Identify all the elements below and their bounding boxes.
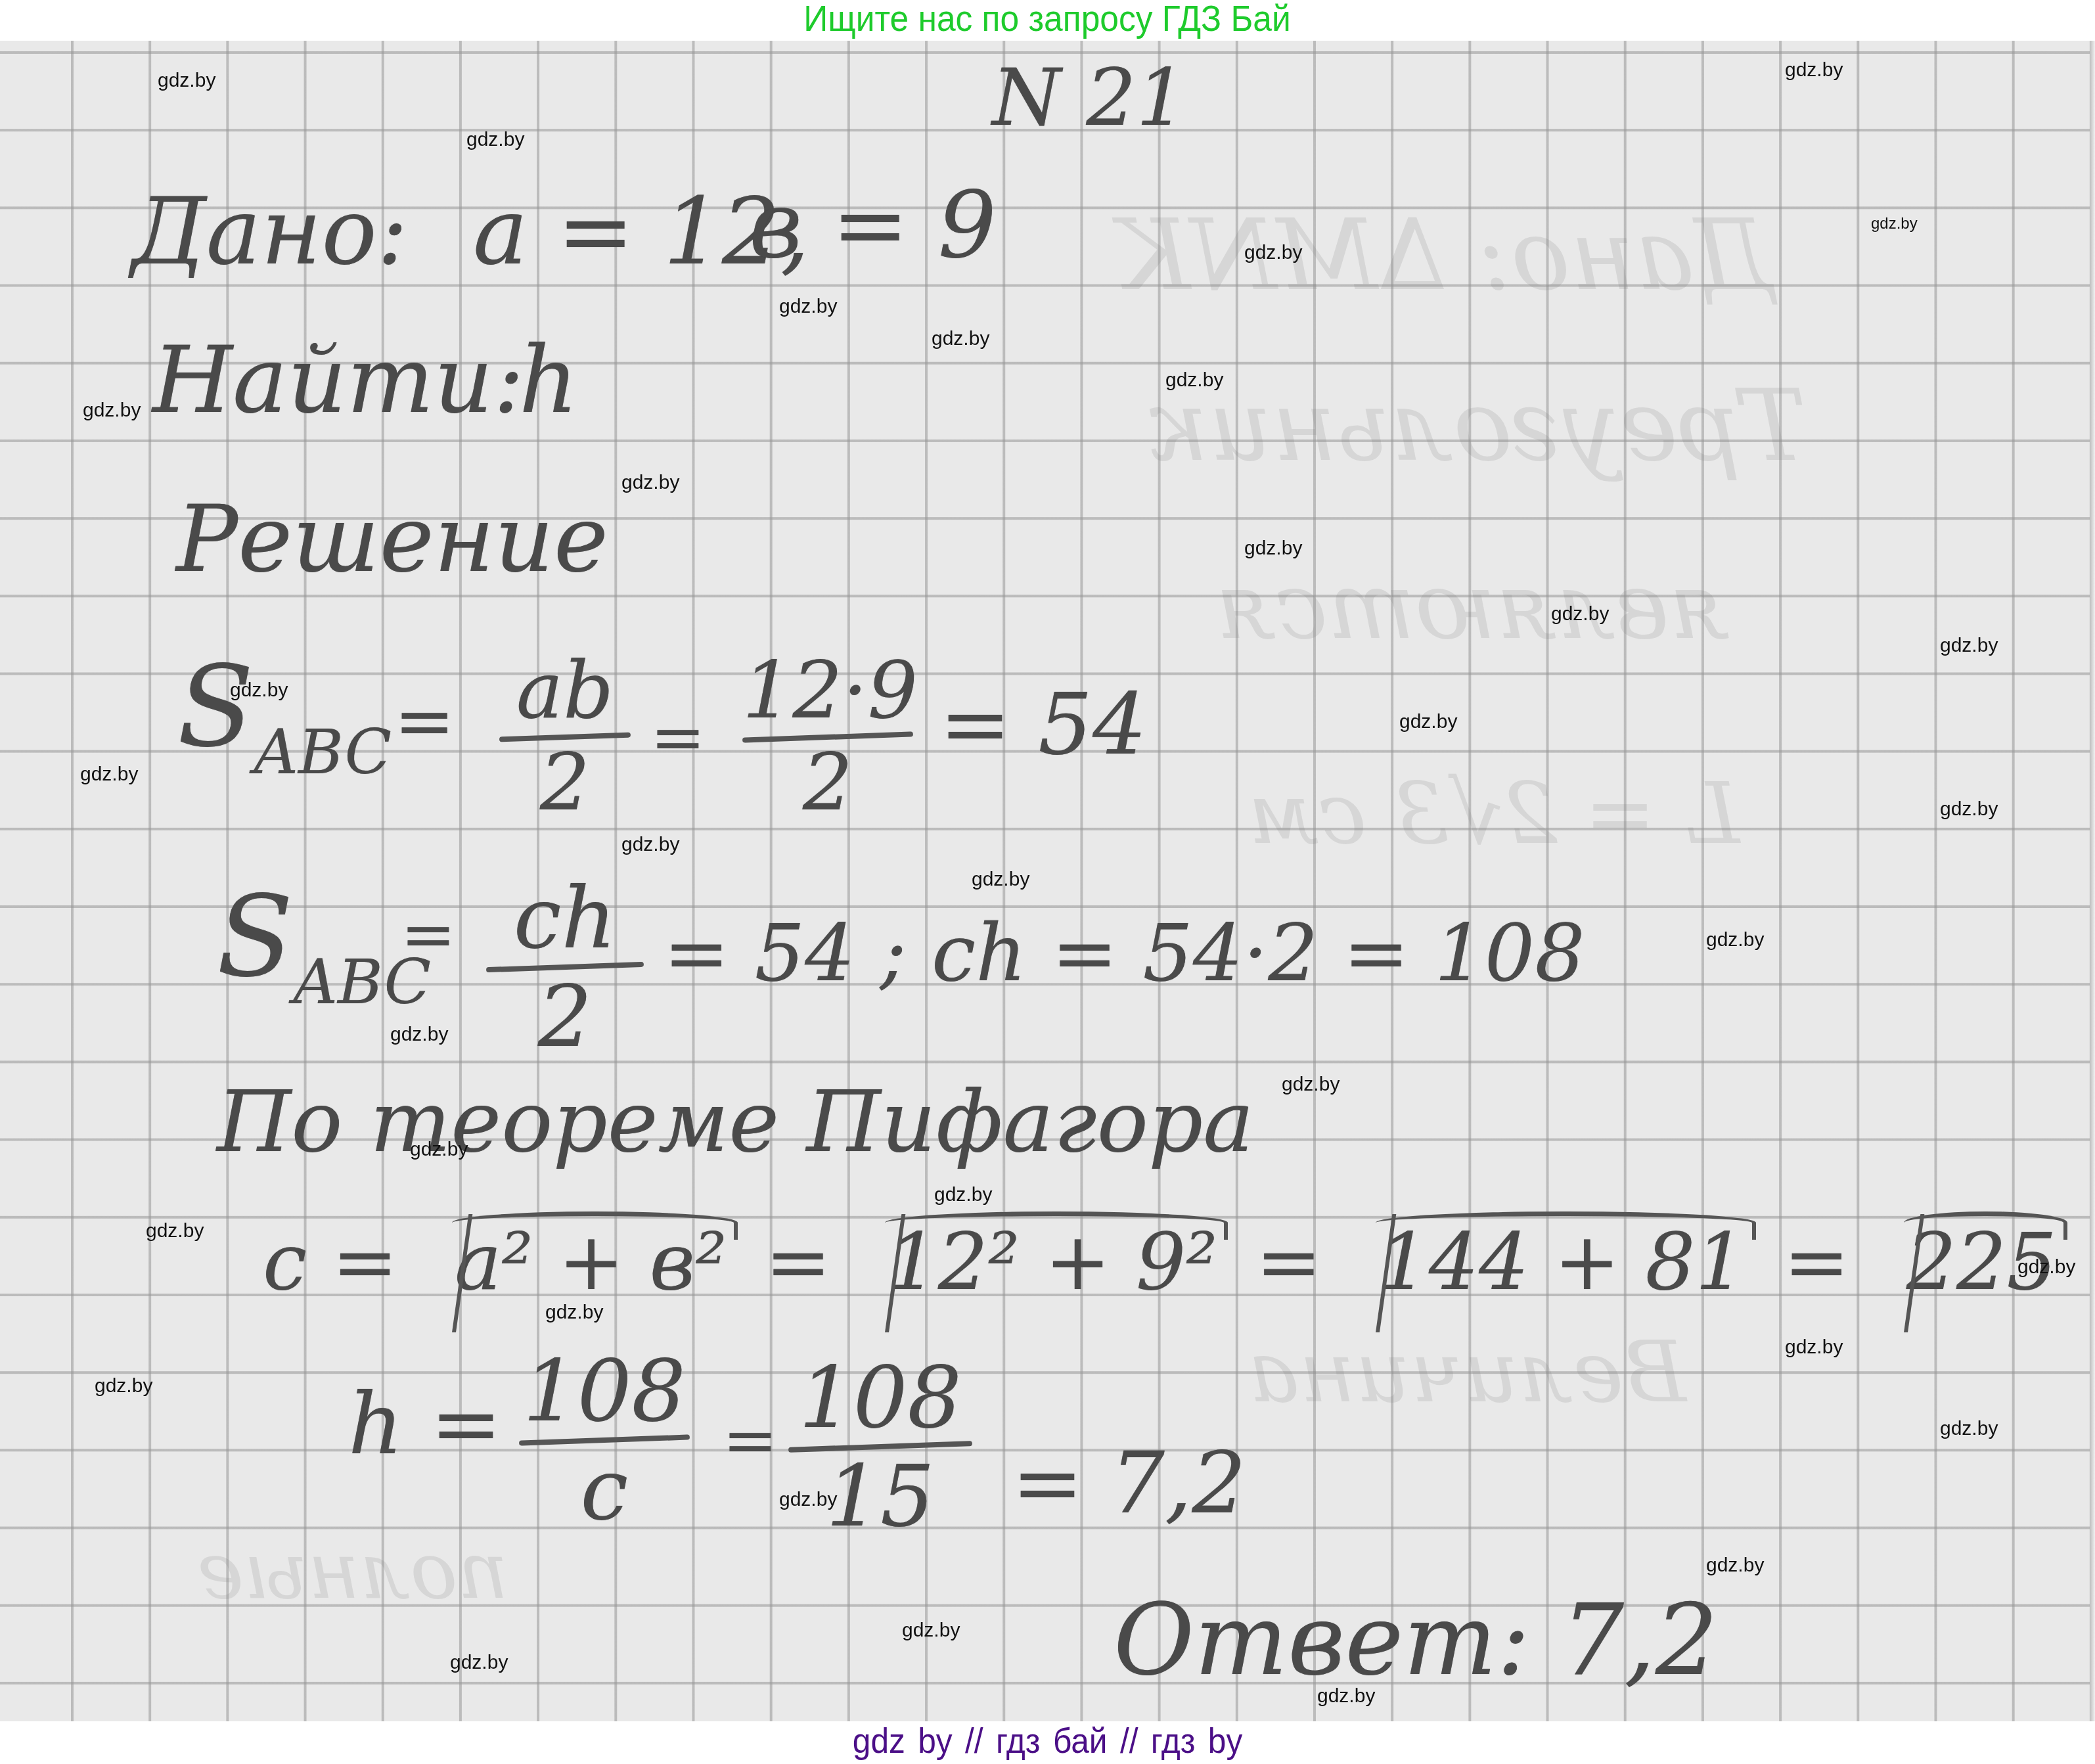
- area-1-s: S: [177, 643, 254, 773]
- watermark: gdz.by: [1165, 371, 1223, 390]
- height-fraction-15: 108 15: [788, 1355, 972, 1539]
- watermark: gdz.by: [83, 401, 141, 420]
- fraction-denominator: 2: [486, 974, 644, 1059]
- watermark: gdz.by: [1871, 214, 1918, 234]
- watermark: gdz.by: [1551, 604, 1609, 624]
- watermark: gdz.by: [2017, 1257, 2075, 1277]
- top-banner-text: Ищите нас по запросу ГДЗ Бай: [804, 0, 1292, 37]
- watermark: gdz.by: [1785, 60, 1843, 80]
- hyp-eq1: =: [765, 1217, 832, 1308]
- watermark: gdz.by: [1282, 1075, 1340, 1095]
- watermark: gdz.by: [621, 835, 679, 855]
- top-banner: Ищите нас по запросу ГДЗ Бай: [0, 0, 2095, 41]
- pythagoras-label: По теореме Пифагора: [217, 1079, 1254, 1164]
- area-1-eq1: =: [394, 685, 455, 757]
- watermark: gdz.by: [230, 681, 288, 700]
- area-1-eq2: =: [650, 704, 706, 770]
- watermark: gdz.by: [1244, 243, 1302, 263]
- bleed-through-5: Величина: [1248, 1322, 1686, 1422]
- watermark: gdz.by: [779, 297, 837, 317]
- bottom-banner-text: gdz by // гдз бай // гдз by: [853, 1721, 1243, 1761]
- watermark: gdz.by: [1706, 1556, 1764, 1575]
- area-2-s: S: [217, 872, 293, 1003]
- watermark: gdz.by: [545, 1303, 603, 1323]
- fraction-denominator: 2: [499, 744, 631, 823]
- watermark: gdz.by: [934, 1185, 992, 1205]
- watermark: gdz.by: [1399, 712, 1457, 732]
- area-2-rest: = 54 ; ch = 54·2 = 108: [664, 915, 1585, 993]
- fraction-denominator: c: [519, 1447, 690, 1532]
- height-result: = 7,2: [1012, 1440, 1246, 1526]
- bleed-through-3: являются: [1215, 553, 1730, 660]
- watermark: gdz.by: [1244, 539, 1302, 558]
- hyp-eq2: =: [1256, 1217, 1322, 1308]
- watermark: gdz.by: [410, 1140, 468, 1160]
- notebook-page: Дано: ∆MNK Треугольник являются L = 2√3 …: [0, 41, 2095, 1721]
- fraction-numerator: 12·9: [742, 652, 913, 731]
- area-2-eq1: =: [401, 901, 456, 967]
- sqrt-vinculum: [1904, 1211, 2067, 1240]
- fraction-numerator: 108: [788, 1355, 972, 1440]
- watermark: gdz.by: [972, 870, 1029, 890]
- bleed-through-4: L = 2√3 см: [1248, 763, 1740, 863]
- given-b: в = 9: [749, 180, 997, 272]
- area-1-fraction-ab: ab 2: [499, 652, 631, 823]
- find-value: h: [519, 335, 578, 427]
- fraction-numerator: ab: [499, 652, 631, 731]
- bleed-through-6: полные: [197, 1526, 508, 1617]
- watermark: gdz.by: [80, 765, 138, 784]
- hyp-lhs: c =: [263, 1217, 398, 1308]
- sqrt-3: 144 + 81: [1347, 1223, 1752, 1302]
- area-2-fraction-ch: ch 2: [486, 875, 644, 1059]
- watermark: gdz.by: [1940, 1419, 1998, 1439]
- sqrt-1: a² + в²: [423, 1223, 733, 1302]
- hyp-eq3: =: [1784, 1217, 1850, 1308]
- watermark: gdz.by: [1317, 1686, 1375, 1706]
- watermark: gdz.by: [95, 1376, 152, 1396]
- hypotenuse-line: c = a² + в² = 12² + 9² = 144 + 81 = 225 …: [263, 1223, 2095, 1302]
- height-fraction-c: 108 c: [519, 1348, 690, 1532]
- area-1-fraction-numbers: 12·9 2: [742, 652, 913, 823]
- height-eq: =: [723, 1407, 778, 1473]
- watermark: gdz.by: [902, 1621, 960, 1640]
- watermark: gdz.by: [146, 1221, 204, 1241]
- solution-label: Решение: [176, 494, 608, 586]
- area-1-sub: ABC: [254, 717, 392, 788]
- problem-number: N 21: [992, 59, 1186, 138]
- paper-edge: [2090, 41, 2095, 1721]
- sqrt-vinculum: [1376, 1211, 1756, 1240]
- area-1-lhs: SABC: [177, 652, 392, 784]
- fraction-numerator: ch: [486, 875, 644, 961]
- bleed-through-2: Треугольник: [1150, 369, 1807, 484]
- bleed-through-1: Дано: ∆MNK: [1117, 198, 1774, 313]
- fraction-denominator: 2: [742, 744, 913, 823]
- answer: Ответ: 7,2: [1114, 1591, 1718, 1690]
- watermark: gdz.by: [1785, 1338, 1843, 1357]
- watermark: gdz.by: [390, 1025, 448, 1045]
- area-2-lhs: SABC: [217, 882, 431, 1014]
- area-1-result: = 54: [939, 681, 1147, 767]
- watermark: gdz.by: [932, 329, 989, 349]
- fraction-numerator: 108: [519, 1348, 690, 1434]
- height-lhs: h =: [348, 1381, 502, 1466]
- given-label: Дано:: [131, 187, 408, 279]
- watermark: gdz.by: [1940, 636, 1998, 656]
- watermark: gdz.by: [466, 130, 524, 150]
- watermark: gdz.by: [450, 1653, 508, 1673]
- sqrt-vinculum: [885, 1211, 1228, 1240]
- watermark: gdz.by: [158, 71, 215, 91]
- sqrt-vinculum: [452, 1211, 737, 1240]
- bottom-banner: gdz by // гдз бай // гдз by: [0, 1721, 2095, 1764]
- watermark: gdz.by: [1706, 930, 1764, 950]
- watermark: gdz.by: [621, 473, 679, 493]
- watermark: gdz.by: [1940, 800, 1998, 819]
- find-label: Найти:: [152, 335, 524, 427]
- watermark: gdz.by: [779, 1490, 837, 1510]
- sqrt-2: 12² + 9²: [856, 1223, 1224, 1302]
